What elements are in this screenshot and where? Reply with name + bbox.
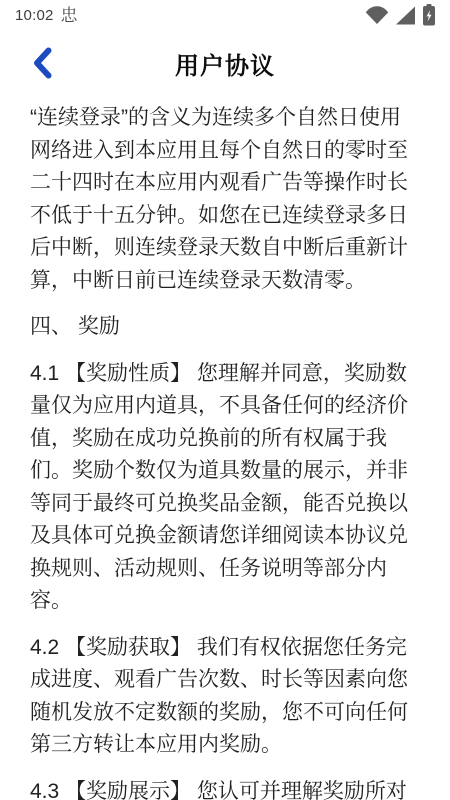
clock: 10:02: [15, 7, 54, 24]
wifi-icon: [365, 5, 389, 25]
header: 用户协议: [0, 30, 450, 96]
agreement-content[interactable]: “连续登录”的含义为连续多个自然日使用网络进入到本应用且每个自然日的零时至二十四…: [0, 96, 450, 800]
notification-glyph-icon: 忠: [61, 7, 78, 24]
agreement-paragraph: 4.2 【奖励获取】 我们有权依据您任务完成进度、观看广告次数、时长等因素向您随…: [30, 632, 420, 762]
status-bar: 10:02 忠: [0, 0, 450, 30]
agreement-paragraph: 4.1 【奖励性质】 您理解并同意，奖励数量仅为应用内道具，不具备任何的经济价值…: [30, 358, 420, 618]
agreement-paragraph: 四、 奖励: [30, 311, 420, 344]
agreement-paragraph: 4.3 【奖励展示】 您认可并理解奖励所对: [30, 776, 420, 800]
back-button[interactable]: [24, 43, 60, 83]
agreement-paragraph: “连续登录”的含义为连续多个自然日使用网络进入到本应用且每个自然日的零时至二十四…: [30, 102, 420, 297]
page-title: 用户协议: [175, 46, 275, 81]
status-bar-left: 10:02 忠: [15, 7, 78, 24]
chevron-left-icon: [32, 47, 53, 79]
battery-charging-icon: [422, 4, 436, 26]
cellular-signal-icon: [395, 6, 416, 25]
status-bar-right: [365, 4, 436, 26]
app-screen: 10:02 忠: [0, 0, 450, 800]
